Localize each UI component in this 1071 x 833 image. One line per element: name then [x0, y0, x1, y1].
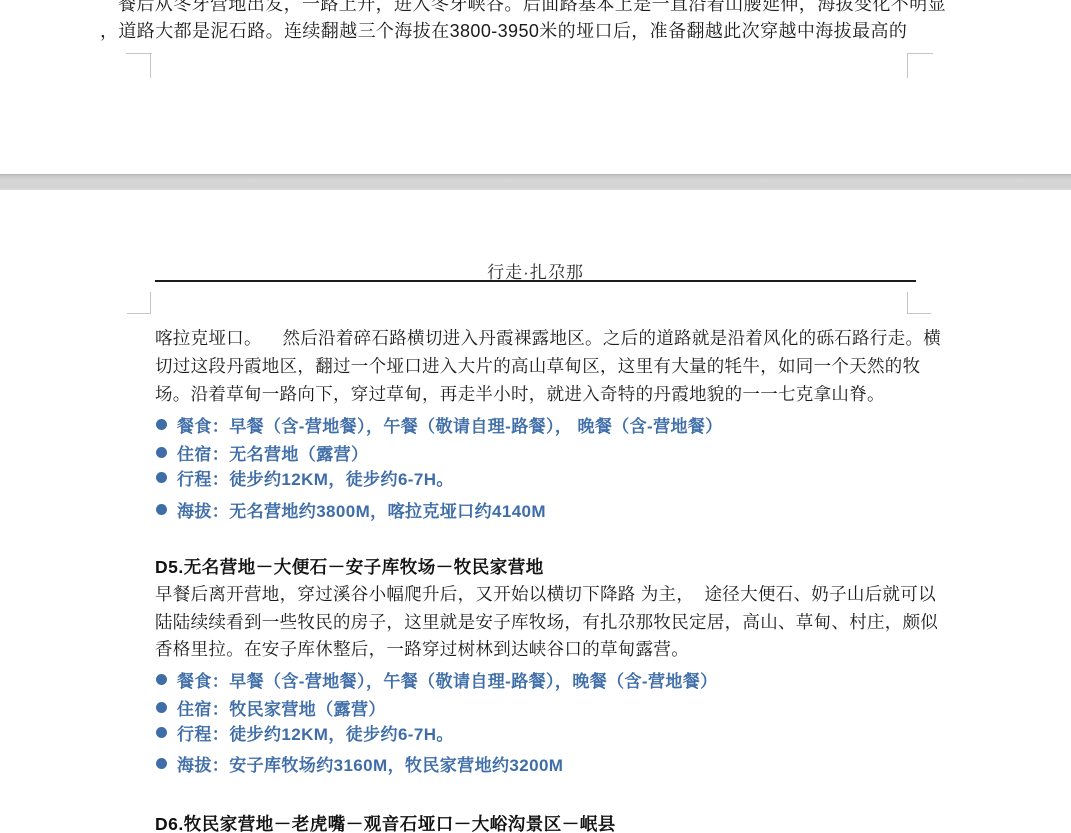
bullet-text: 住宿：无名营地（露营）	[177, 440, 368, 465]
bullet-dot-icon	[156, 504, 167, 515]
bullet-text: 餐食：早餐（含-营地餐），午餐（敬请自理-路餐），晚餐（含-营地餐）	[177, 667, 718, 692]
bullet-text: 行程：徒步约12KM，徒步约6-7H。	[177, 465, 454, 490]
d5-heading: D5.无名营地－大便石－安子库牧场－牧民家营地	[155, 554, 544, 579]
bullet-text: 行程：徒步约12KM，徒步约6-7H。	[177, 720, 454, 745]
bullet-item-lodging: 住宿：无名营地（露营）	[156, 440, 368, 465]
d5-line: 陆陆续续看到一些牧民的房子，这里就是安子库牧场，有扎尕那牧民定居，高山、草甸、村…	[155, 610, 938, 634]
page1-paragraph-line: 餐后从冬牙营地出发，一路上升，进入冬牙峡谷。后面路基本上是一直沿着山腰延伸，海拔…	[118, 0, 946, 16]
crop-mark-top-right-h	[907, 313, 931, 314]
page1-paragraph-line: ，道路大都是泥石路。连续翻越三个海拔在3800-3950米的垭口后，准备翻越此次…	[100, 19, 907, 43]
crop-mark-top-left-h	[127, 313, 151, 314]
page-separator	[0, 174, 1071, 190]
page-1: 餐后从冬牙营地出发，一路上升，进入冬牙峡谷。后面路基本上是一直沿着山腰延伸，海拔…	[0, 0, 1071, 174]
intro-line: 场。沿着草甸一路向下，穿过草甸，再走半小时，就进入奇特的丹霞地貌的一一七克拿山脊…	[155, 382, 885, 406]
bullet-item-itinerary: 行程：徒步约12KM，徒步约6-7H。	[156, 465, 454, 490]
bullet-dot-icon	[156, 674, 167, 685]
bullet-item-altitude: 海拔：无名营地约3800M，喀拉克垭口约4140M	[156, 497, 546, 522]
bullet-item-lodging: 住宿：牧民家营地（露营）	[156, 695, 386, 720]
crop-mark-bottom-left-v	[150, 53, 151, 78]
bullet-dot-icon	[156, 702, 167, 713]
bullet-item-meals: 餐食：早餐（含-营地餐），午餐（敬请自理-路餐）， 晚餐（含-营地餐）	[156, 412, 723, 437]
bullet-dot-icon	[156, 472, 167, 483]
bullet-dot-icon	[156, 419, 167, 430]
intro-line: 喀拉克垭口。 然后沿着碎石路横切进入丹霞裸露地区。之后的道路就是沿着风化的砾石路…	[155, 326, 941, 350]
crop-mark-bottom-left-h	[126, 53, 152, 54]
bullet-item-itinerary: 行程：徒步约12KM，徒步约6-7H。	[156, 720, 454, 745]
bullet-dot-icon	[156, 727, 167, 738]
bullet-text: 住宿：牧民家营地（露营）	[177, 695, 386, 720]
page-2: 行走·扎尕那 喀拉克垭口。 然后沿着碎石路横切进入丹霞裸露地区。之后的道路就是沿…	[0, 190, 1071, 833]
bullet-text: 海拔：安子库牧场约3160M，牧民家营地约3200M	[177, 751, 563, 776]
page-header-rule	[155, 280, 916, 282]
crop-mark-top-right-v	[907, 292, 908, 314]
d5-line: 早餐后离开营地，穿过溪谷小幅爬升后，又开始以横切下降路 为主， 途径大便石、奶子…	[155, 582, 936, 606]
bullet-item-meals: 餐食：早餐（含-营地餐），午餐（敬请自理-路餐），晚餐（含-营地餐）	[156, 667, 718, 692]
crop-mark-top-left-v	[150, 292, 151, 314]
bullet-dot-icon	[156, 758, 167, 769]
bullet-dot-icon	[156, 447, 167, 458]
crop-mark-bottom-right-v	[907, 53, 908, 78]
document-canvas: 餐后从冬牙营地出发，一路上升，进入冬牙峡谷。后面路基本上是一直沿着山腰延伸，海拔…	[0, 0, 1071, 833]
bullet-text: 海拔：无名营地约3800M，喀拉克垭口约4140M	[177, 497, 546, 522]
bullet-text: 餐食：早餐（含-营地餐），午餐（敬请自理-路餐）， 晚餐（含-营地餐）	[177, 412, 723, 437]
d6-heading: D6.牧民家营地－老虎嘴－观音石垭口－大峪沟景区－岷县	[155, 811, 616, 833]
bullet-item-altitude: 海拔：安子库牧场约3160M，牧民家营地约3200M	[156, 751, 563, 776]
crop-mark-bottom-right-h	[907, 53, 933, 54]
d5-line: 香格里拉。在安子库休整后，一路穿过树林到达峡谷口的草甸露营。	[155, 637, 689, 661]
intro-line: 切过这段丹霞地区，翻过一个垭口进入大片的高山草甸区，这里有大量的牦牛，如同一个天…	[155, 354, 920, 378]
